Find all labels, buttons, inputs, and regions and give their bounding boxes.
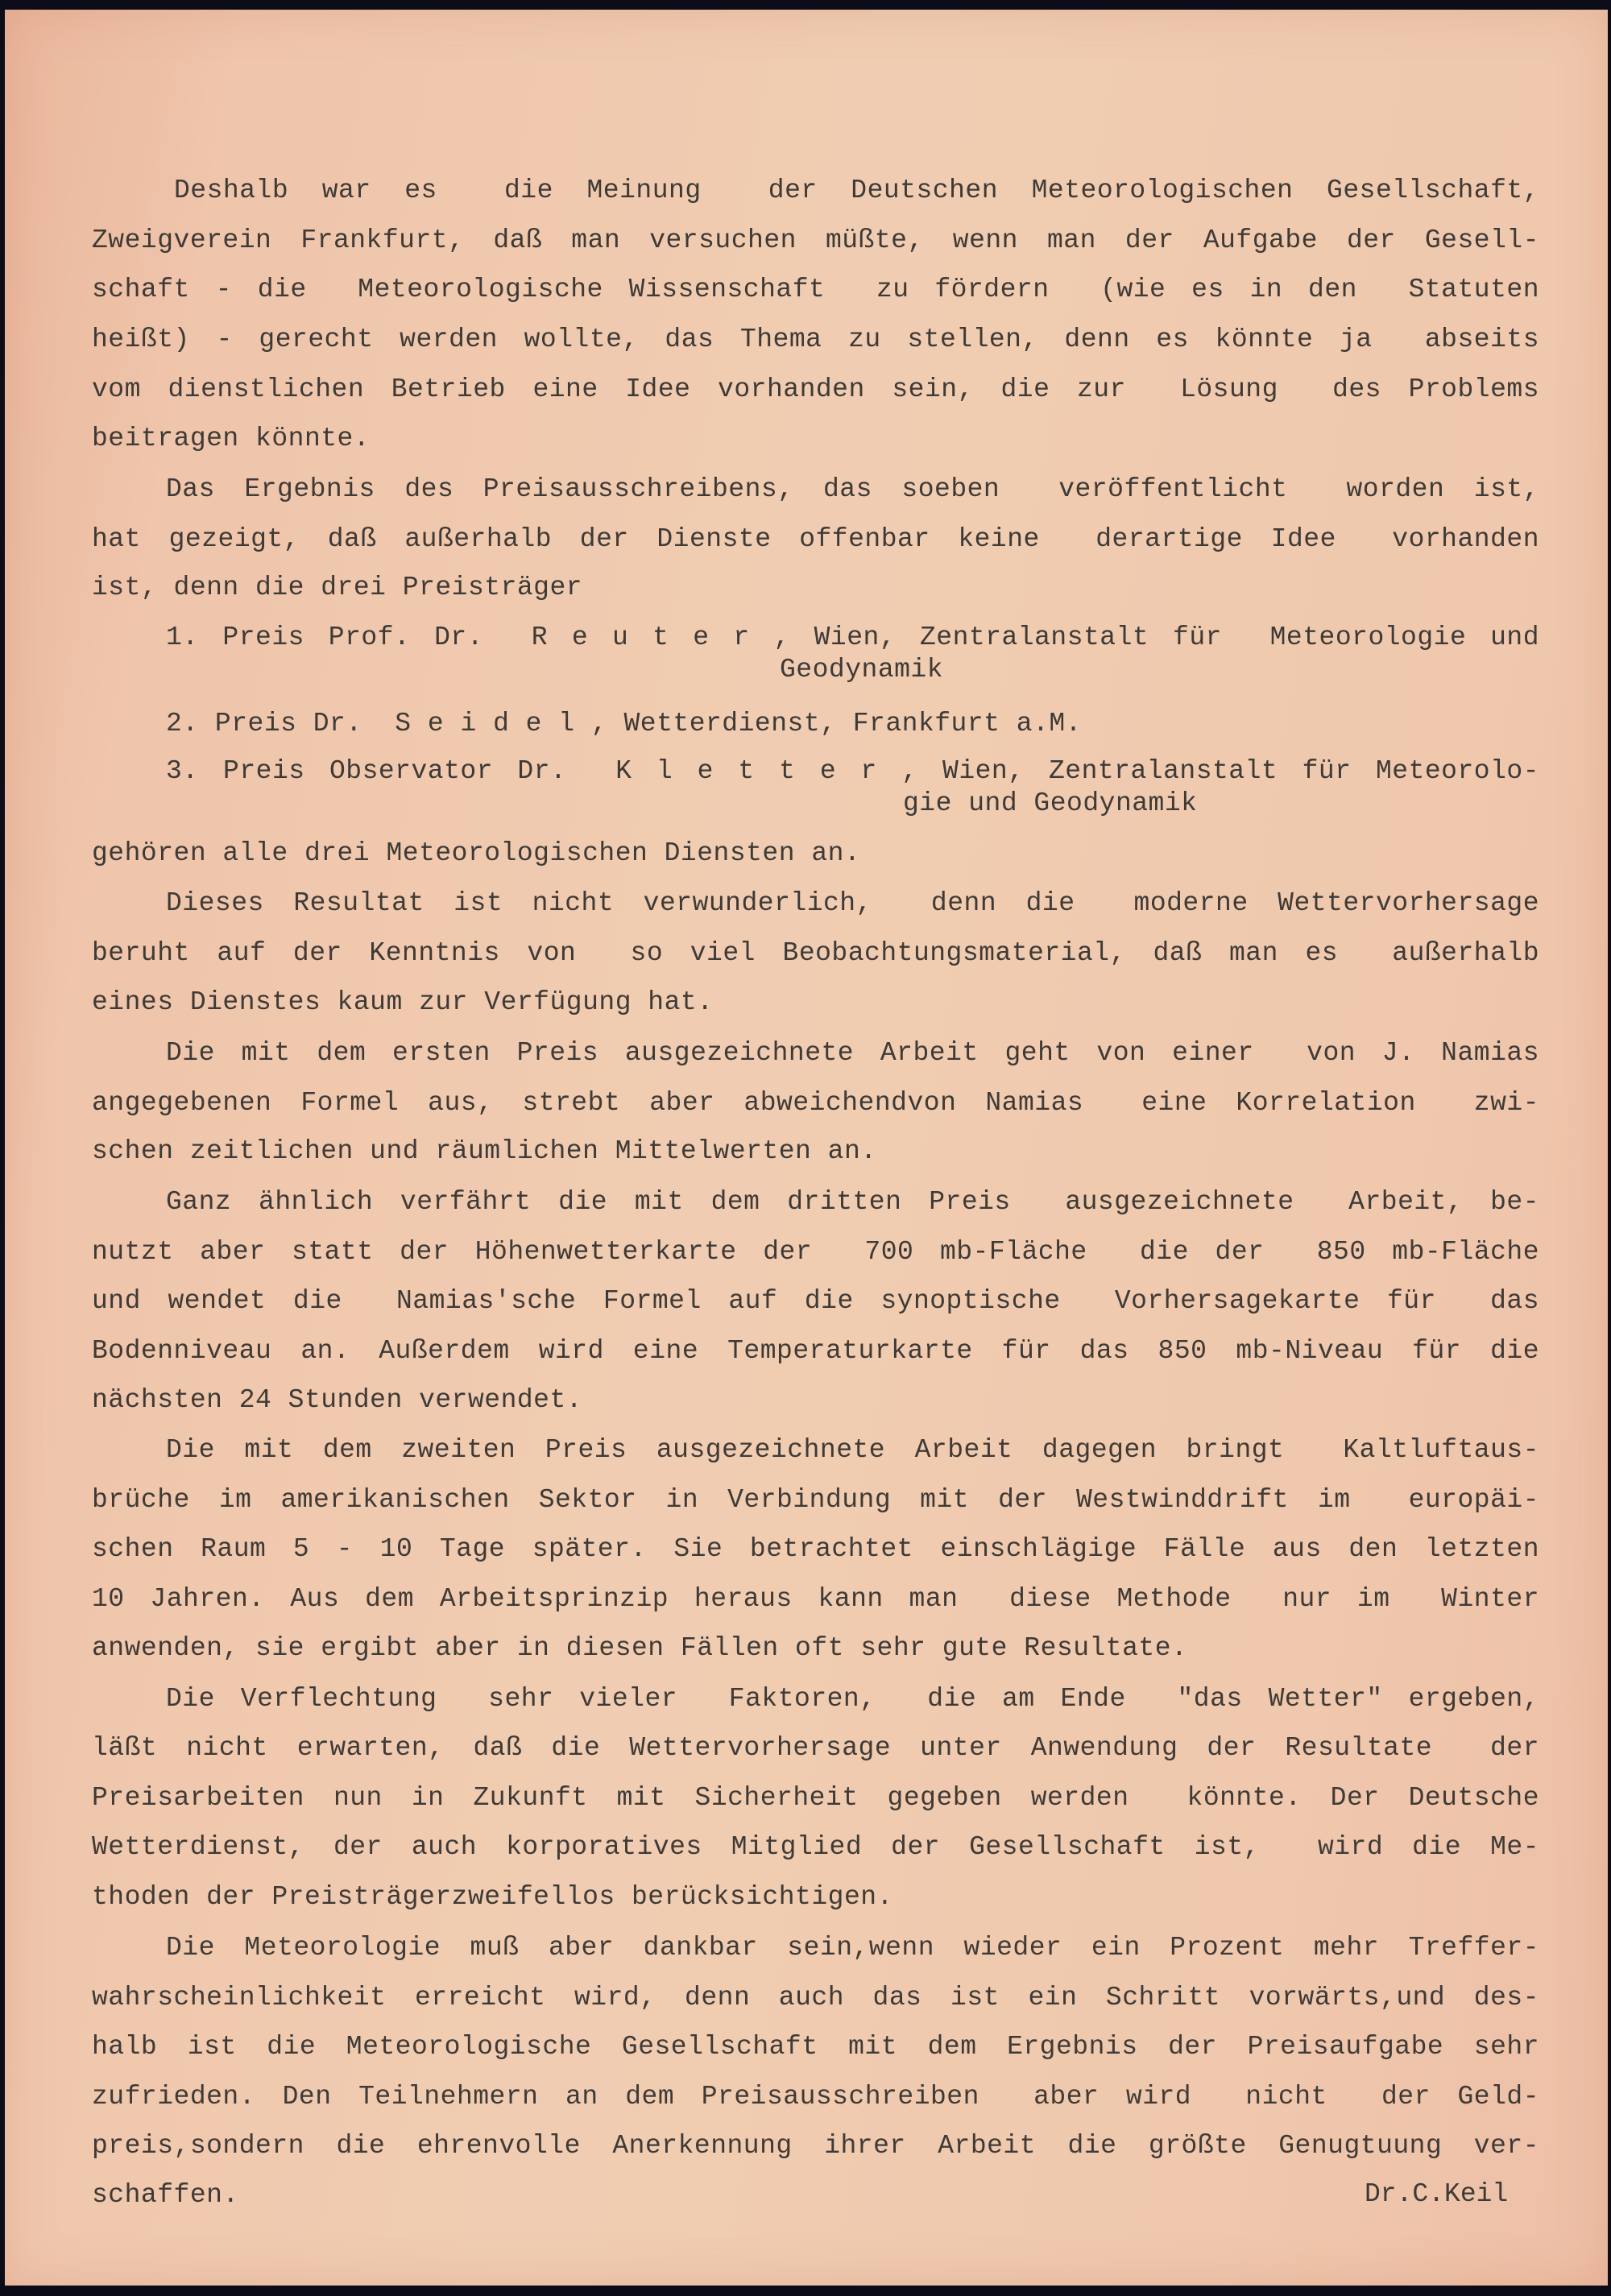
text-line: gehören alle drei Meteorologischen Diens… bbox=[92, 838, 860, 870]
prize-item-3: 3. Preis Observator Dr. K l e t t e r , … bbox=[166, 755, 1539, 788]
text-line: Dieses Resultat ist nicht verwunderlich,… bbox=[166, 887, 1539, 920]
prize-item-1: 1. Preis Prof. Dr. R e u t e r , Wien, Z… bbox=[166, 622, 1539, 654]
signature: Dr.C.Keil bbox=[1365, 2179, 1508, 2209]
text-line: angegebenen Formel aus, strebt aber abwe… bbox=[92, 1087, 1539, 1119]
text-line: hat gezeigt, daß außerhalb der Dienste o… bbox=[92, 523, 1539, 556]
text-line: Das Ergebnis des Preisausschreibens, das… bbox=[166, 474, 1539, 506]
document-page: Deshalb war es die Meinung der Deutschen… bbox=[5, 10, 1608, 2286]
scan-border bbox=[0, 2286, 1611, 2296]
text-line: und wendet die Namias'sche Formel auf di… bbox=[92, 1285, 1539, 1318]
text-line: Zweigverein Frankfurt, daß man versuchen… bbox=[92, 225, 1539, 257]
text-line: preis,sondern die ehrenvolle Anerkennung… bbox=[92, 2130, 1539, 2162]
text-line: heißt) - gerecht werden wollte, das Them… bbox=[92, 324, 1539, 356]
text-line: vom dienstlichen Betrieb eine Idee vorha… bbox=[92, 374, 1539, 406]
text-line: halb ist die Meteorologische Gesellschaf… bbox=[92, 2031, 1539, 2063]
text-line: Die Meteorologie muß aber dankbar sein,w… bbox=[166, 1932, 1539, 1964]
prize-item-2: 2. Preis Dr. S e i d e l , Wetterdienst,… bbox=[166, 708, 1082, 740]
text-line: Wetterdienst, der auch korporatives Mitg… bbox=[92, 1831, 1539, 1864]
text-line: nutzt aber statt der Höhenwetterkarte de… bbox=[92, 1236, 1539, 1268]
text-line: Die Verflechtung sehr vieler Faktoren, d… bbox=[166, 1683, 1539, 1715]
text-line: Preisarbeiten nun in Zukunft mit Sicherh… bbox=[92, 1782, 1539, 1814]
prize-item-1-continuation: Geodynamik bbox=[780, 654, 943, 686]
text-line: schen zeitlichen und räumlichen Mittelwe… bbox=[92, 1136, 877, 1168]
text-line: brüche im amerikanischen Sektor in Verbi… bbox=[92, 1484, 1539, 1516]
text-line: Ganz ähnlich verfährt die mit dem dritte… bbox=[166, 1186, 1539, 1218]
text-line: 10 Jahren. Aus dem Arbeitsprinzip heraus… bbox=[92, 1583, 1539, 1615]
text-line: thoden der Preisträgerzweifellos berücks… bbox=[92, 1881, 893, 1913]
text-line: Deshalb war es die Meinung der Deutschen… bbox=[174, 175, 1539, 207]
text-line: schaffen. bbox=[92, 2179, 239, 2211]
text-line: Bodenniveau an. Außerdem wird eine Tempe… bbox=[92, 1335, 1539, 1367]
text-line: beitragen könnte. bbox=[92, 423, 370, 455]
text-line: schen Raum 5 - 10 Tage später. Sie betra… bbox=[92, 1533, 1539, 1566]
prize-item-3-continuation: gie und Geodynamik bbox=[903, 788, 1197, 820]
text-line: zufrieden. Den Teilnehmern an dem Preisa… bbox=[92, 2081, 1539, 2113]
text-line: wahrscheinlichkeit erreicht wird, denn a… bbox=[92, 1982, 1539, 2014]
text-line: Die mit dem ersten Preis ausgezeichnete … bbox=[166, 1037, 1539, 1069]
text-line: anwenden, sie ergibt aber in diesen Fäll… bbox=[92, 1632, 1187, 1665]
text-line: eines Dienstes kaum zur Verfügung hat. bbox=[92, 987, 714, 1019]
text-line: läßt nicht erwarten, daß die Wettervorhe… bbox=[92, 1732, 1539, 1764]
text-line: nächsten 24 Stunden verwendet. bbox=[92, 1384, 582, 1417]
text-line: schaft - die Meteorologische Wissenschaf… bbox=[92, 274, 1539, 306]
text-line: ist, denn die drei Preisträger bbox=[92, 572, 582, 604]
text-line: beruht auf der Kenntnis von so viel Beob… bbox=[92, 937, 1539, 970]
text-line: Die mit dem zweiten Preis ausgezeichnete… bbox=[166, 1434, 1539, 1467]
